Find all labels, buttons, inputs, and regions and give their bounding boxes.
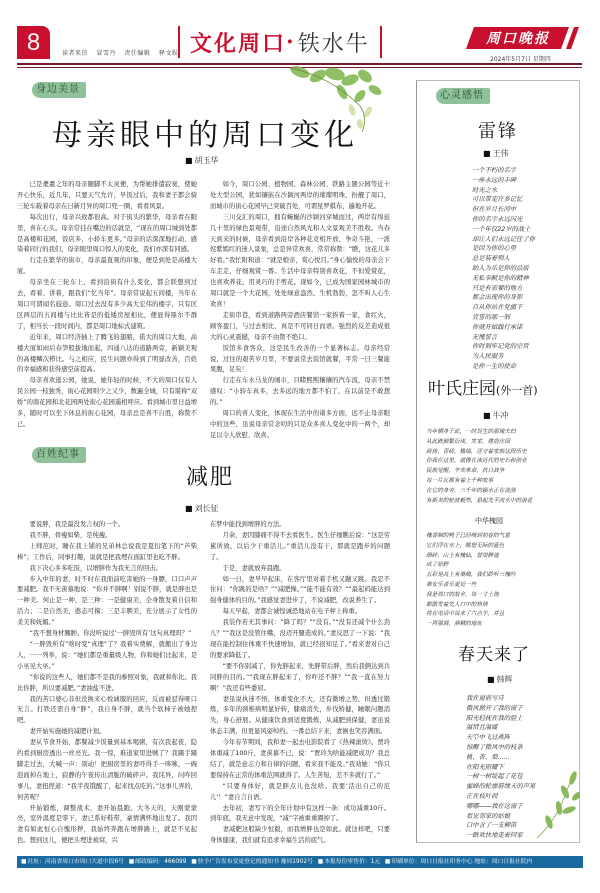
footer-info-bar: 社址：河南省周口市周口大道中段6号 邮政编码：466099 快予广告发布变更登记… — [17, 856, 583, 868]
poem-line: 你的名字永远闪光 — [472, 215, 535, 225]
paragraph: “我不想身材臃肿。你没听说过‘一胖毁所有’这句真理吗？” — [17, 629, 197, 640]
poem-line: 一个年仅22岁的战士 — [472, 225, 535, 235]
poem-line: 你我在这里，就像在读近代的史石和创业 — [426, 457, 532, 467]
article-byline: 胡玉华 — [185, 155, 219, 166]
poem-line: 一个不朽的名字 — [472, 166, 535, 176]
paragraph: 行走在繁华的街市，母亲最直观的印象，便是到处是高楼大厦。 — [17, 256, 197, 278]
poem-subtitle: 中华槐园 — [475, 516, 503, 526]
poem-line: 微风掀开了我的窗子 — [466, 704, 535, 714]
poem-line: 民族觉醒，辛亥革命，抗日战争 — [426, 467, 532, 477]
article-column-1: 要说胖，我是最没发言权的一个。 我不胖，骨瘦如柴，是纯瘦。 上师范时，睡在我上铺… — [17, 520, 197, 847]
paragraph: 我的苦口婆心非但没换来心悦诚服的回应，反而被怼得哑口无言。打铁还需自身“胖”，我… — [17, 695, 197, 728]
poem-line: 可以带走许多记忆 — [472, 195, 535, 205]
paragraph: 妻减肥这般缺少恒毅，而我增胖也是如此。就这样吧，只要身体健康，我们就有追求幸福生… — [210, 825, 390, 847]
paragraph: 去年初，妻写下的全年计划中有这样一条：成功减重10斤。到年底，我无意中发现，“减… — [210, 804, 390, 826]
poem-title: 叶氏庄园(外一首) — [428, 374, 538, 399]
footer-postcode: 邮政编码：466099 — [129, 859, 187, 865]
editor-name: 冒雪丹 — [96, 50, 116, 57]
poem-line: 但在岁月长河中 — [472, 205, 535, 215]
paragraph: 已是耄耋之年的母亲腿脚不太灵便，为帮她排遣寂寞，使她开心快乐，近几年，只要天气允… — [17, 180, 197, 213]
paragraph: 开始锻炼，调整战术，妻开始晨跑。大冬天的，天刚蒙蒙亮，室外温度是零下，妻已系好鞋… — [17, 804, 197, 848]
paragraph: “只要身体好，就是胖点儿也没啥。我要‘活出自己的范儿’！”妻自言自语。 — [210, 782, 390, 804]
poem-body: 我在窗前写诗 微风掀开了我的窗子 阳光轻抚在我的脸上 温情且温暖 天空中飞过燕阵… — [466, 694, 535, 841]
paragraph: 在梦中能找到增胖的方法。 — [210, 520, 390, 531]
paragraph: 每次出行，母亲兴致都很高。对于街头的繁华，母亲看在眼里，喜在心头。母亲常挂在嘴边… — [17, 213, 197, 257]
poem-line: 无私奉献是你的精神 — [472, 274, 535, 284]
poem-line: 只是有需要的地方 — [472, 284, 535, 294]
poem-line: 桃、杏、梨…… — [466, 753, 535, 763]
header-rule — [17, 63, 582, 65]
section-title-main: 文化周口 — [190, 27, 286, 58]
poem-author: 牛冲 — [483, 410, 509, 421]
paragraph: “要不你别减了，你先胖起来，先胖带后胖，然后我俩达到共同胖的目的。”“我现在胖起… — [210, 662, 390, 695]
footer-price: 本报每份零售价：1元 — [318, 859, 380, 865]
poem-line: 成了原野 — [426, 561, 516, 571]
column-label-badge: 身边美景 — [32, 82, 86, 98]
poem-line: 无愧誓言 — [472, 333, 535, 343]
poem-line: 自从你站在党旗下 — [472, 303, 535, 313]
paragraph: “你说的这些人，她们都不是我的参照对象，我就和你比。我比你胖，所以要减肥。”妻油… — [17, 673, 197, 695]
footer-ad-license: 快予广告发布变更登记的通知书 豫周1902号 — [191, 859, 313, 865]
poem-title: 春天来了 — [458, 640, 530, 665]
paragraph: 母亲坐在三轮车上，看到沿街有什么变化，都会联想到过去，看着、讲着，跟我们“忆当年… — [17, 278, 197, 333]
poem-line: 却让人们永远记住了你 — [472, 235, 535, 245]
poem-line: 哪哪——我在这窗子 — [466, 802, 535, 812]
paragraph: 饭馆多食客众，这是民生改善的一个显著标志。母亲经常说，过往的艰苦岁月里，不要说常… — [210, 344, 390, 377]
article-column-2: 如今，周口公园、植物园、森林公园、铁路主题公园等近十处大型公园，犹如镶嵌在沙颍河… — [210, 180, 390, 442]
poem-line: 阳光轻抚在我的脸上 — [466, 714, 535, 724]
poem-line: 砖体、青砖、檐墙，还守着家族这段历史 — [426, 448, 532, 458]
poem-line: 细碎，山上有槐仙，替周静谧 — [426, 552, 516, 562]
paragraph: 妻开始实施她的减肥计划。 — [17, 727, 197, 738]
article-headline: 母亲眼中的周口变化 — [40, 110, 370, 154]
paragraph: 上师范时，睡在我上铺的兄弟林总说我是夏衍笔下的“芦柴棒”；工作后，同事打趣，说就… — [17, 542, 197, 564]
paragraph: 要说胖，我是最没发言权的一个。 — [17, 520, 197, 531]
poem-line: 有新美的轮波毅然，悬起先不流水中的浪花 — [426, 497, 532, 507]
poem-line: 一路欢快地走着回家 — [466, 831, 535, 841]
section-title-sub: 铁水牛 — [298, 27, 370, 58]
column-label-badge: 百姓纪事 — [32, 447, 86, 463]
masthead-logo: 周口晚报 — [466, 27, 569, 49]
footer-address: 社址：河南省周口市周口大道中段6号 — [21, 859, 124, 865]
poem-line: 看见邻家的姑娘 — [466, 812, 535, 822]
poem-body: 一个不朽的名字 一座永远的丰碑 时光之水 可以带走许多记忆 但在岁月长河中 你的… — [472, 166, 535, 372]
poem-line: 蜜蜂的轮廓唇缘天的声果 — [466, 782, 535, 792]
poem-line: 当年栖身于此，一时误生的那瑰夫妇 — [426, 428, 532, 438]
poem-line: 我在窗前写诗 — [466, 694, 535, 704]
paragraph: 我下决心多多吃饭，以增胖作为我无言的回击。 — [17, 564, 197, 575]
poem-line: 一树一树绽起了花苞 — [466, 772, 535, 782]
poem-line: 都会出现你的身影 — [472, 293, 535, 303]
paragraph: 今年春节期间，我和妻一起去电影院看了《热辣滚烫》。贾玲体重减了100斤，妻羡慕不… — [210, 738, 390, 782]
paragraph: 三川交汇的周口，拥有蜿蜒的沙颍河穿城而过，两岸有绵延几十里的绿色景观带，沿途自然… — [210, 213, 390, 311]
poem-line: 在阳光照耀下 — [466, 763, 535, 773]
poem-title-suffix: (外一首) — [496, 384, 538, 397]
poem-body: 槐香制的鸭子已经嗅到初春的气息 它们浮在水上，眺望无际的蓝色 细碎，山上有槐仙，… — [426, 532, 516, 630]
poem-line: 助人为乐是你的品质 — [472, 264, 535, 274]
page-number: 8 — [17, 26, 50, 59]
poem-author: 王伟 — [483, 148, 509, 159]
article-column-1: 已是耄耋之年的母亲腿脚不太灵便，为帮她排遣寂寞，使她开心快乐，近几年，只要天气允… — [17, 180, 197, 431]
article-column-2: 在梦中能找到增胖的方法。 月余，妻因膝痛不得不去看医生。医生仔细瞧后说：“这是劳… — [210, 520, 390, 847]
poem-line: 口中含了一支柳笛 — [466, 821, 535, 831]
editors-line: 读者来信 冒雪丹 责任编辑 释文娱 — [62, 48, 184, 57]
poem-line: 惊醒了微风中的枝条 — [466, 743, 535, 753]
paragraph: 如今，周口公园、植物园、森林公园、铁路主题公园等近十处大型公园，犹如镶嵌在沙颍河… — [210, 180, 390, 213]
poem-line: 是因为你的心里 — [472, 244, 535, 254]
poem-line: 它们浮在水上，眺望无际的蓝色 — [426, 542, 516, 552]
editor-role: 读者来信 — [62, 50, 88, 57]
poem-line: 都散发着先人口中的热情 — [426, 601, 516, 611]
poem-line: 时光之水 — [472, 186, 535, 196]
poem-line: 为人民服务 — [472, 352, 535, 362]
article-byline: 刘长征 — [185, 503, 219, 514]
poem-line: 你时刻牢记党的宗旨 — [472, 342, 535, 352]
poem-line: 槐香制的鸭子已经嗅到初春的气息 — [426, 532, 516, 542]
paragraph: 妻从节食开始，都餐减少饭量到基本喝粥，有次我起夜，隐约看到厨房透出一丝亮光。我一… — [17, 738, 197, 803]
paragraph: 母亲喜欢逛公园，她说，她年轻的时候，不大的周口仅有人民公园一枝独秀，街心花园则少… — [17, 376, 197, 431]
paragraph: 妻虽说执迷不悟，体重变化不大，还有微增之势，但透过锻炼，多年的颈椎病明显好转，膝… — [210, 695, 390, 739]
poem-author: 韩辉 — [487, 674, 513, 685]
poem-line: 一再强调，酒精的地址 — [426, 620, 516, 630]
paragraph: 于是，妻就放弃晨跑。 — [210, 564, 390, 575]
masthead-slash-decoration — [566, 27, 579, 49]
footer-printer: 印刷单位：周口日报社印务中心 地址：周口日报社院内 — [385, 859, 532, 865]
poem-line: 将在电话中说来了六点半，并且 — [426, 610, 516, 620]
poem-body: 当年栖身于此，一时误生的那瑰夫妇 从此跌倒繁衍成，发家，建造庄园 砖体、青砖、檐… — [426, 428, 532, 506]
paragraph: 每天早起，妻都会诚惶诚恐地站在电子秤上称重。 — [210, 607, 390, 618]
section-title-dot: · — [286, 29, 296, 55]
poem-line: 一座永远的丰碑 — [472, 176, 535, 186]
paragraph: 走街串巷，看到道路两旁酒店餐馆一家挨着一家，食红火，顾客盈门，与过去相比，真是不… — [210, 311, 390, 344]
poem-title-main: 叶氏庄园 — [428, 379, 496, 399]
article-headline: 减肥 — [150, 460, 270, 491]
column-label-badge: 心灵感悟 — [436, 88, 490, 104]
paragraph: 行走在车水马龙的闹市，目睹熙熙攘攘的汽车流，母亲不禁感叹：“小轿车真多，去多远的… — [210, 376, 390, 409]
paragraph: “一胖毁所有”啥时变“真理”了？我着实费解，就搬出了身边人，一一列举，说：“她们… — [17, 640, 197, 673]
poem-line: 宣誓的那一刻 — [472, 313, 535, 323]
editor-name: 释文娱 — [159, 50, 179, 57]
editor-role: 责任编辑 — [124, 50, 150, 57]
poem-line: 谁安乐者乐更近一些 — [426, 581, 516, 591]
poem-line: 是你一生的使命 — [472, 362, 535, 372]
poem-line: 正在枝叶间 — [466, 792, 535, 802]
paragraph: 步入中年的妻，时不时在我面前吃害她的一身膘，口口声声要减肥。我不无羡慕地说：“你… — [17, 575, 197, 630]
paragraph: 我装作若无其事问：“降了吗？”“没有。”“没有还减个什么劲儿？”“我这是没管住嘴… — [210, 618, 390, 662]
poem-line: 从此跌倒繁衍成，发家，建造庄园 — [426, 438, 532, 448]
poem-line: 五彩是高上有桑嗨，我们聆听三槐吟 — [426, 571, 516, 581]
issue-date: 2024年5月7日 星期四 — [490, 54, 551, 63]
paragraph: 周口的喜人变化，体现在生活中的诸多方面，远不止母亲眼中的这些，虽说母亲常念叨的只… — [210, 409, 390, 442]
paragraph: 我不胖，骨瘦如柴，是纯瘦。 — [17, 531, 197, 542]
poem-line: 天空中飞过燕阵 — [466, 733, 535, 743]
leaf-branch-decoration-icon — [535, 770, 580, 840]
poem-line: 总是装着别人 — [472, 254, 535, 264]
poem-line: 我是周口的故乡，每一寸土地 — [426, 591, 516, 601]
poem-title: 雷锋 — [478, 117, 518, 143]
poem-line: 在它的身旁，三千年的颍水正在流淌 — [426, 487, 532, 497]
poem-line: 你就开始践行承诺 — [472, 323, 535, 333]
paragraph: 如一日，妻早早起床，在客厅里对着手机又蹦又跳。我忍不住问：“你跳的是啥？”“减肥… — [210, 575, 390, 608]
paragraph: 近年来，周口经济插上了腾飞的翅膀，偌大的周口大地，高楼大厦如雨后春笋般拔地而起，… — [17, 333, 197, 377]
paragraph: 月余，妻因膝痛不得不去看医生。医生仔细瞧后说：“这是劳累所致，以后少干重活儿。”… — [210, 531, 390, 564]
poem-line: 温情且温暖 — [466, 723, 535, 733]
poem-line: 每一片瓦都有着上千种故事 — [426, 477, 532, 487]
masthead-text: 周口晚报 — [486, 28, 550, 48]
section-title: 文化周口 · 铁水牛 — [178, 26, 382, 58]
